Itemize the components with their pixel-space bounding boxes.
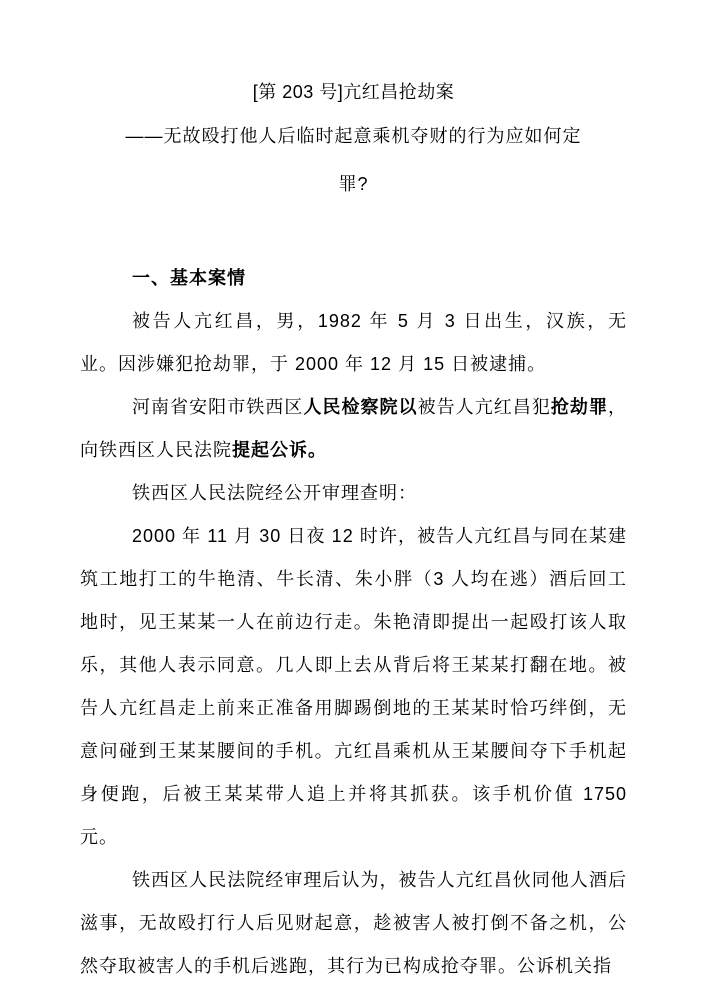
text-run: 河南省安阳市铁西区 bbox=[132, 397, 303, 417]
text-run: 被告人亢红昌，男，1982 年 5 月 3 日出生，汉族，无业。因涉嫌犯抢劫罪，… bbox=[80, 311, 627, 374]
paragraph-prosecution: 河南省安阳市铁西区人民检察院以被告人亢红昌犯抢劫罪，向铁西区人民法院提起公诉。 bbox=[80, 386, 627, 472]
text-run-bold: 抢劫罪 bbox=[551, 397, 608, 417]
text-run: 铁西区人民法院经审理后认为，被告人亢红昌伙同他人酒后滋事，无故殴打行人后见财起意… bbox=[80, 870, 627, 976]
section-heading-basic-facts: 一、基本案情 bbox=[80, 257, 627, 300]
text-run: 2000 年 11 月 30 日夜 12 时许，被告人亢红昌与同在某建筑工地打工… bbox=[80, 526, 627, 847]
text-run: 被告人亢红昌犯 bbox=[418, 397, 551, 417]
case-subtitle-line-2: 罪? bbox=[80, 160, 627, 208]
paragraph-case-facts: 2000 年 11 月 30 日夜 12 时许，被告人亢红昌与同在某建筑工地打工… bbox=[80, 515, 627, 859]
text-run-bold: 人民检察院以 bbox=[303, 397, 417, 417]
document-page: [第 203 号]亢红昌抢劫案 ——无故殴打他人后临时起意乘机夺财的行为应如何定… bbox=[0, 0, 707, 999]
text-run-bold: 提起公诉。 bbox=[232, 440, 327, 460]
case-title: [第 203 号]亢红昌抢劫案 bbox=[80, 72, 627, 112]
paragraph-court-opinion: 铁西区人民法院经审理后认为，被告人亢红昌伙同他人酒后滋事，无故殴打行人后见财起意… bbox=[80, 859, 627, 988]
paragraph-court-inquiry: 铁西区人民法院经公开审理查明： bbox=[80, 472, 627, 515]
case-subtitle: ——无故殴打他人后临时起意乘机夺财的行为应如何定 罪? bbox=[80, 112, 627, 208]
text-run: 铁西区人民法院经公开审理查明： bbox=[132, 483, 417, 503]
paragraph-defendant-info: 被告人亢红昌，男，1982 年 5 月 3 日出生，汉族，无业。因涉嫌犯抢劫罪，… bbox=[80, 300, 627, 386]
case-subtitle-line-1: ——无故殴打他人后临时起意乘机夺财的行为应如何定 bbox=[80, 112, 627, 160]
